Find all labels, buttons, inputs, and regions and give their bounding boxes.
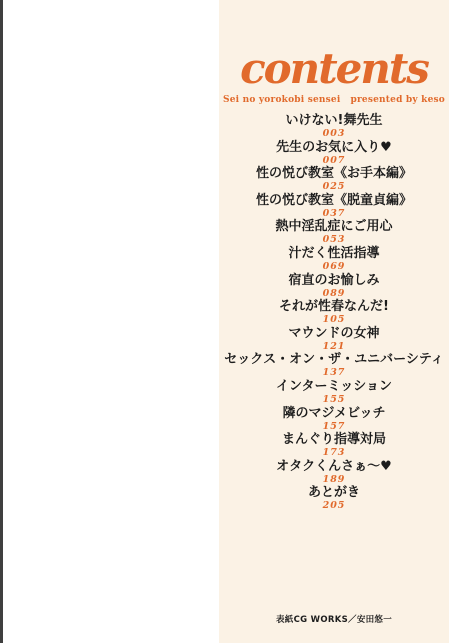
toc-item: 汁だく性活指導 069 xyxy=(219,247,449,274)
masthead: contents Sei no yorokobi sensei presente… xyxy=(219,46,449,105)
toc-item-page-number: 105 xyxy=(219,314,449,327)
toc-item-page-number: 003 xyxy=(219,128,449,141)
toc-item-title: セックス・オン・ザ・ユニバーシティ xyxy=(219,353,449,367)
toc-item-page-number: 155 xyxy=(219,394,449,407)
toc-item-title: インターミッション xyxy=(219,380,449,394)
toc-list: いけない!舞先生 003 先生のお気に入り♥ 007 性の悦び教室《お手本編》 … xyxy=(219,114,449,513)
toc-item: セックス・オン・ザ・ユニバーシティ 137 xyxy=(219,353,449,380)
toc-item-title: 性の悦び教室《脱童貞編》 xyxy=(219,194,449,208)
toc-item-title: 宿直のお愉しみ xyxy=(219,274,449,288)
toc-item: 性の悦び教室《お手本編》 025 xyxy=(219,167,449,194)
page-subtitle: Sei no yorokobi sensei presented by keso xyxy=(219,95,449,105)
contents-page: contents Sei no yorokobi sensei presente… xyxy=(219,0,449,643)
page-spine-edge xyxy=(0,0,3,643)
toc-item: あとがき 205 xyxy=(219,486,449,513)
toc-item: いけない!舞先生 003 xyxy=(219,114,449,141)
toc-item: オタクくんさぁ〜♥ 189 xyxy=(219,460,449,487)
toc-item: インターミッション 155 xyxy=(219,380,449,407)
toc-item-title: あとがき xyxy=(219,486,449,500)
toc-item-page-number: 205 xyxy=(219,500,449,513)
toc-item: それが性春なんだ! 105 xyxy=(219,300,449,327)
toc-item-title: マウンドの女神 xyxy=(219,327,449,341)
toc-item-page-number: 025 xyxy=(219,181,449,194)
toc-item: 性の悦び教室《脱童貞編》 037 xyxy=(219,194,449,221)
toc-item-page-number: 173 xyxy=(219,447,449,460)
toc-item-title: 先生のお気に入り♥ xyxy=(219,141,449,155)
toc-item: 先生のお気に入り♥ 007 xyxy=(219,141,449,168)
toc-item: マウンドの女神 121 xyxy=(219,327,449,354)
toc-item: 宿直のお愉しみ 089 xyxy=(219,274,449,301)
toc-item-title: 熱中淫乱症にご用心 xyxy=(219,220,449,234)
toc-item: 隣のマジメビッチ 157 xyxy=(219,407,449,434)
toc-item-title: 性の悦び教室《お手本編》 xyxy=(219,167,449,181)
page-title: contents xyxy=(219,46,449,92)
toc-item-page-number: 069 xyxy=(219,261,449,274)
toc-item-page-number: 053 xyxy=(219,234,449,247)
toc-item: まんぐり指導対局 173 xyxy=(219,433,449,460)
toc-item-title: いけない!舞先生 xyxy=(219,114,449,128)
toc-item-title: まんぐり指導対局 xyxy=(219,433,449,447)
credits-footer: 表紙CG WORKS／安田悠一 xyxy=(219,613,449,625)
toc-item-title: オタクくんさぁ〜♥ xyxy=(219,460,449,474)
toc-item-title: それが性春なんだ! xyxy=(219,300,449,314)
toc-item: 熱中淫乱症にご用心 053 xyxy=(219,220,449,247)
toc-item-page-number: 137 xyxy=(219,367,449,380)
toc-item-title: 汁だく性活指導 xyxy=(219,247,449,261)
toc-item-title: 隣のマジメビッチ xyxy=(219,407,449,421)
